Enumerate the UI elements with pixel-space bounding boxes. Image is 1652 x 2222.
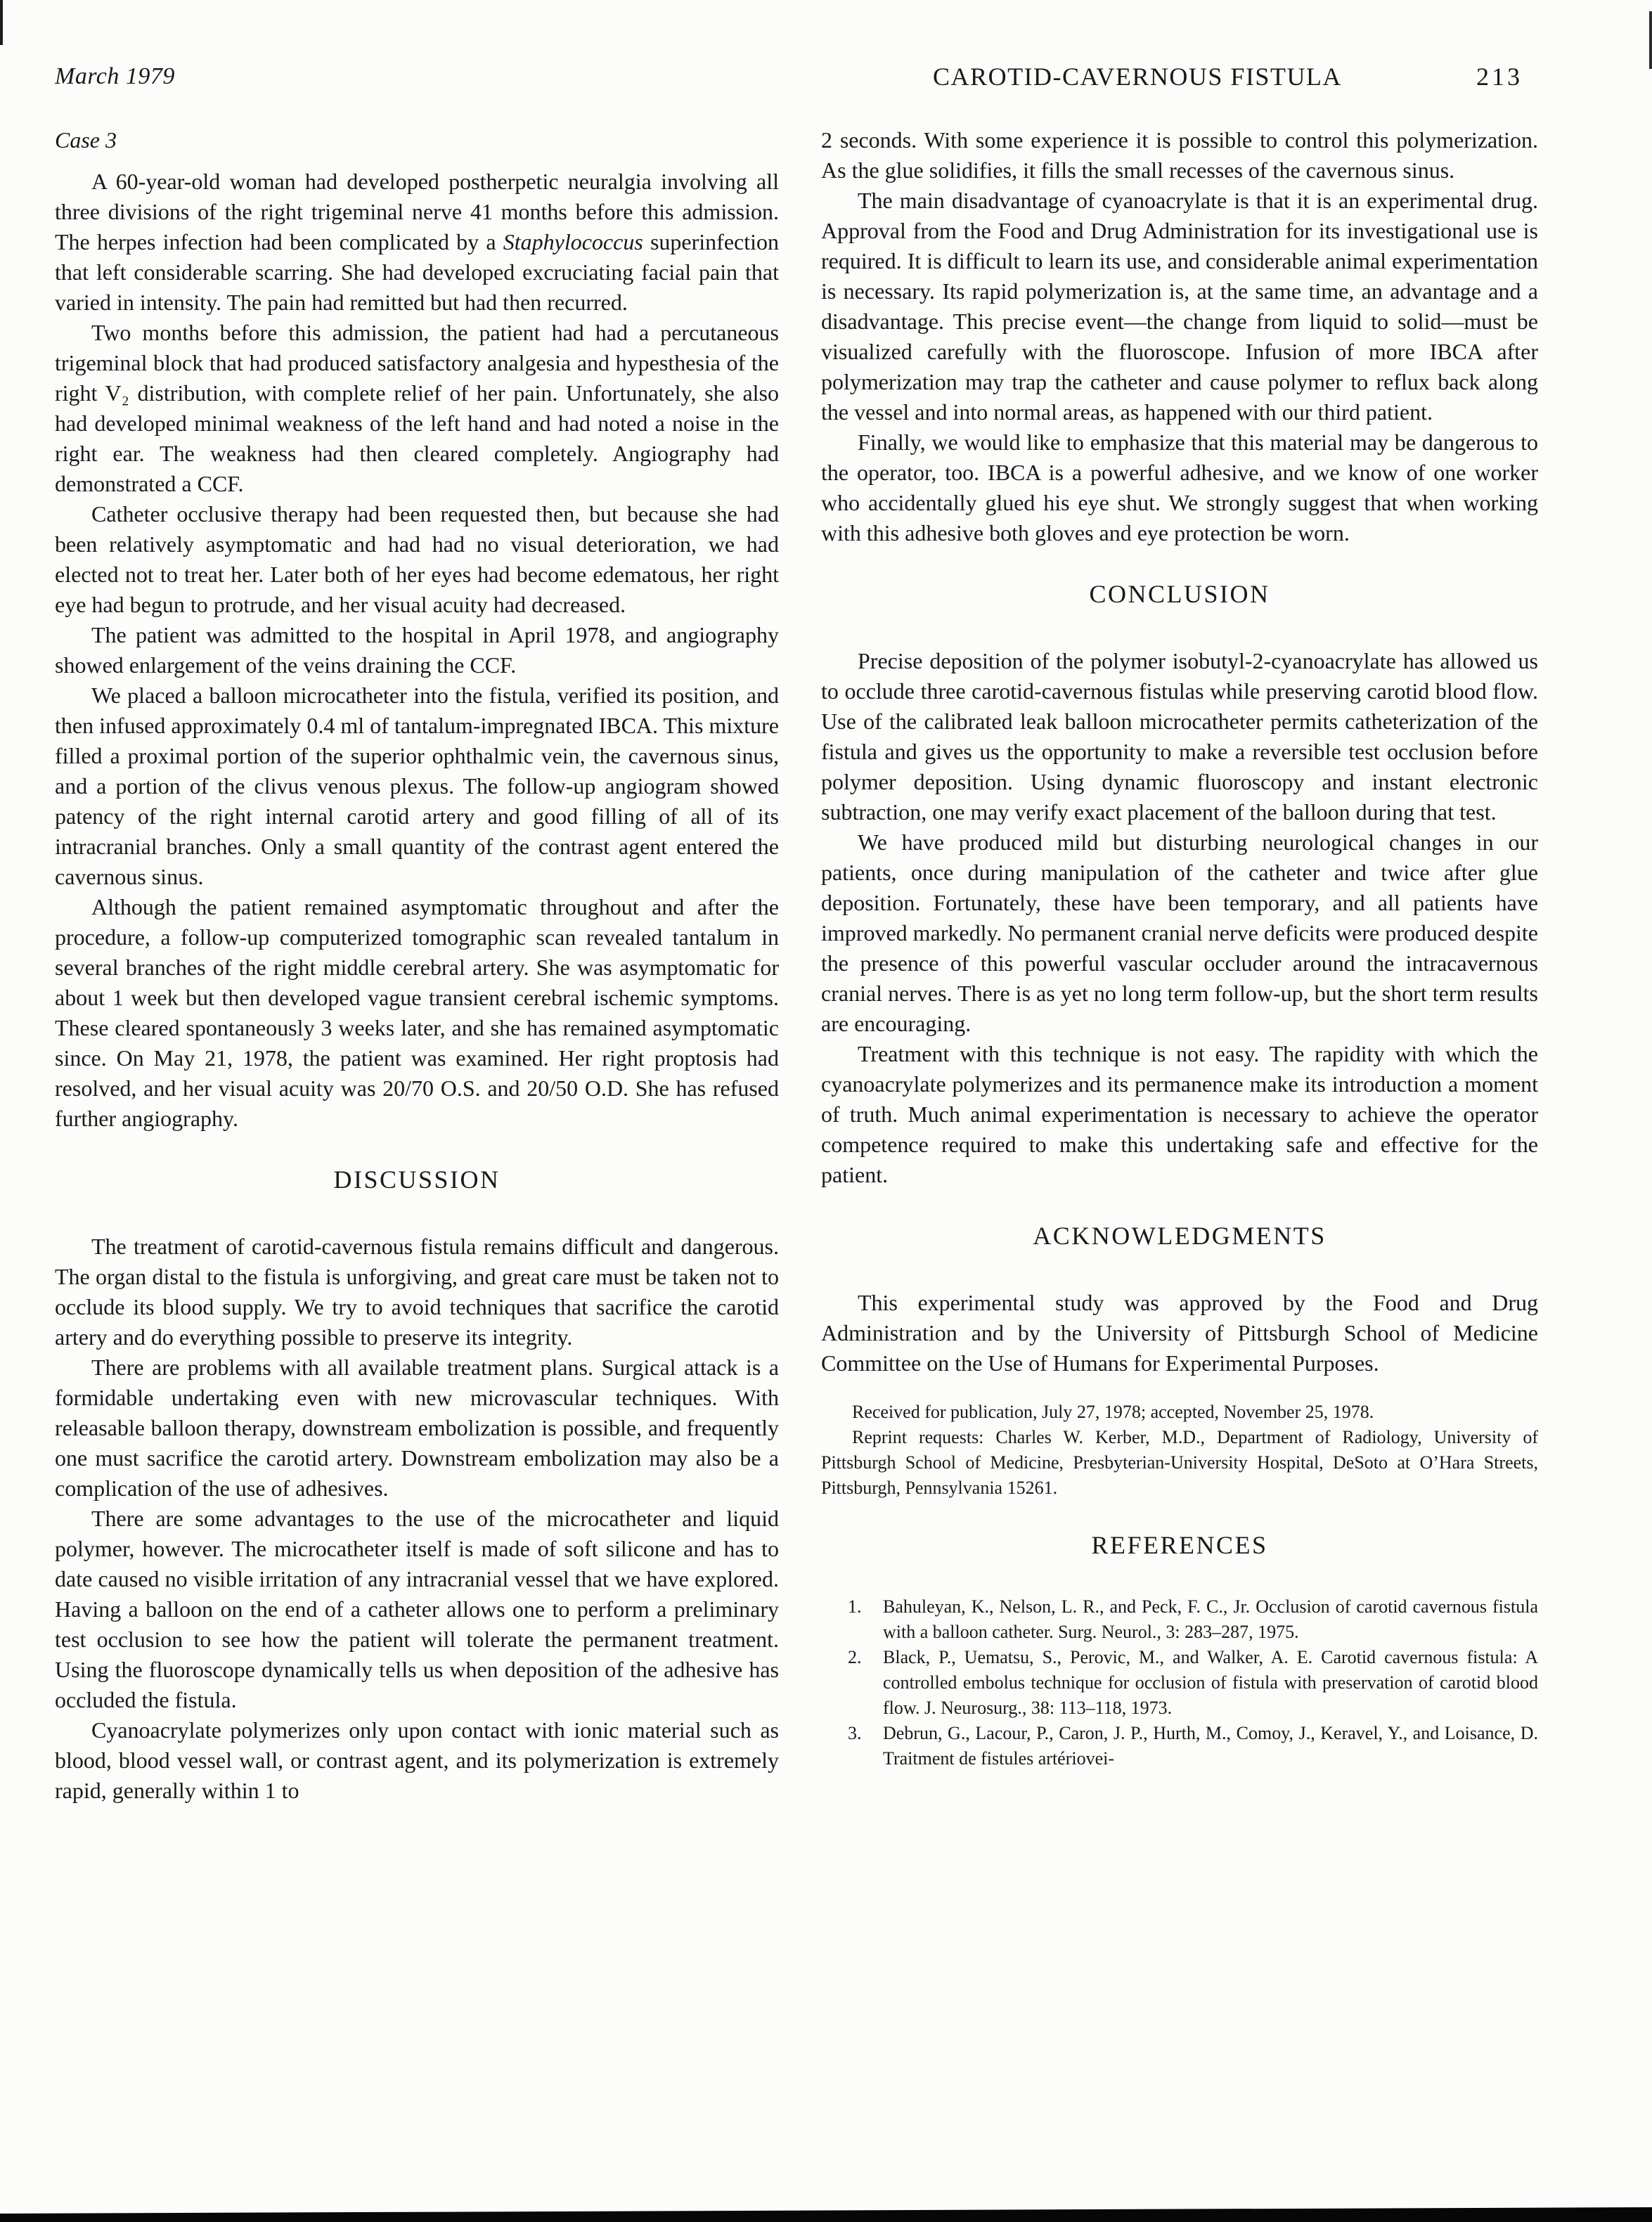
received-note: Received for publication, July 27, 1978;… (821, 1400, 1538, 1425)
case-paragraph-6: Although the patient remained asymptomat… (55, 892, 779, 1134)
conclusion-heading: CONCLUSION (821, 579, 1538, 609)
page-bottom-scan-bar (0, 2205, 1652, 2222)
references-heading: REFERENCES (821, 1530, 1538, 1561)
case-heading: Case 3 (55, 125, 779, 155)
running-head: CAROTID-CAVERNOUS FISTULA 213 (821, 62, 1538, 93)
continuation-paragraph-1: 2 seconds. With some experience it is po… (821, 125, 1538, 186)
conclusion-paragraph-3: Treatment with this technique is not eas… (821, 1039, 1538, 1190)
discussion-paragraph-3: There are some advantages to the use of … (55, 1504, 779, 1715)
reference-number: 1. (848, 1594, 862, 1620)
case-paragraph-1: A 60-year-old woman had developed posthe… (55, 167, 779, 318)
journal-page: March 1979 CAROTID-CAVERNOUS FISTULA 213… (0, 0, 1652, 2222)
case-paragraph-4: The patient was admitted to the hospital… (55, 620, 779, 680)
case-paragraph-5: We placed a balloon microcatheter into t… (55, 680, 779, 892)
reference-text: Debrun, G., Lacour, P., Caron, J. P., Hu… (883, 1723, 1538, 1769)
reference-number: 3. (848, 1721, 862, 1746)
discussion-paragraph-1: The treatment of carotid-cavernous fistu… (55, 1232, 779, 1352)
right-column: 2 seconds. With some experience it is po… (821, 125, 1538, 1771)
reprint-note: Reprint requests: Charles W. Kerber, M.D… (821, 1425, 1538, 1501)
left-column: Case 3 A 60-year-old woman had developed… (55, 125, 779, 1806)
case-paragraph-2: Two months before this admission, the pa… (55, 318, 779, 499)
article-notes: Received for publication, July 27, 1978;… (821, 1400, 1538, 1501)
reference-text: Black, P., Uematsu, S., Perovic, M., and… (883, 1647, 1538, 1718)
reference-number: 2. (848, 1645, 862, 1670)
conclusion-paragraph-1: Precise deposition of the polymer isobut… (821, 646, 1538, 827)
reference-item: 3. Debrun, G., Lacour, P., Caron, J. P.,… (821, 1721, 1538, 1771)
journal-date: March 1979 (55, 63, 175, 90)
acknowledgments-heading: ACKNOWLEDGMENTS (821, 1221, 1538, 1251)
continuation-paragraph-2: The main disadvantage of cyanoacrylate i… (821, 186, 1538, 427)
discussion-paragraph-2: There are problems with all available tr… (55, 1352, 779, 1504)
scan-edge-artifact-right (1649, 11, 1652, 69)
conclusion-paragraph-2: We have produced mild but disturbing neu… (821, 827, 1538, 1039)
reference-text: Bahuleyan, K., Nelson, L. R., and Peck, … (883, 1596, 1538, 1642)
discussion-heading: DISCUSSION (55, 1165, 779, 1195)
case-paragraph-1-italic: Staphylococcus (503, 229, 643, 254)
discussion-paragraph-4: Cyanoacrylate polymerizes only upon cont… (55, 1715, 779, 1806)
running-title: CAROTID-CAVERNOUS FISTULA (821, 62, 1454, 91)
page-number: 213 (1476, 62, 1523, 91)
reference-item: 2. Black, P., Uematsu, S., Perovic, M., … (821, 1645, 1538, 1721)
acknowledgments-paragraph: This experimental study was approved by … (821, 1288, 1538, 1378)
case-paragraph-3: Catheter occlusive therapy had been requ… (55, 499, 779, 620)
references-list: 1. Bahuleyan, K., Nelson, L. R., and Pec… (821, 1594, 1538, 1771)
reference-item: 1. Bahuleyan, K., Nelson, L. R., and Pec… (821, 1594, 1538, 1645)
continuation-paragraph-3: Finally, we would like to emphasize that… (821, 427, 1538, 548)
scan-edge-artifact-left (0, 0, 3, 45)
